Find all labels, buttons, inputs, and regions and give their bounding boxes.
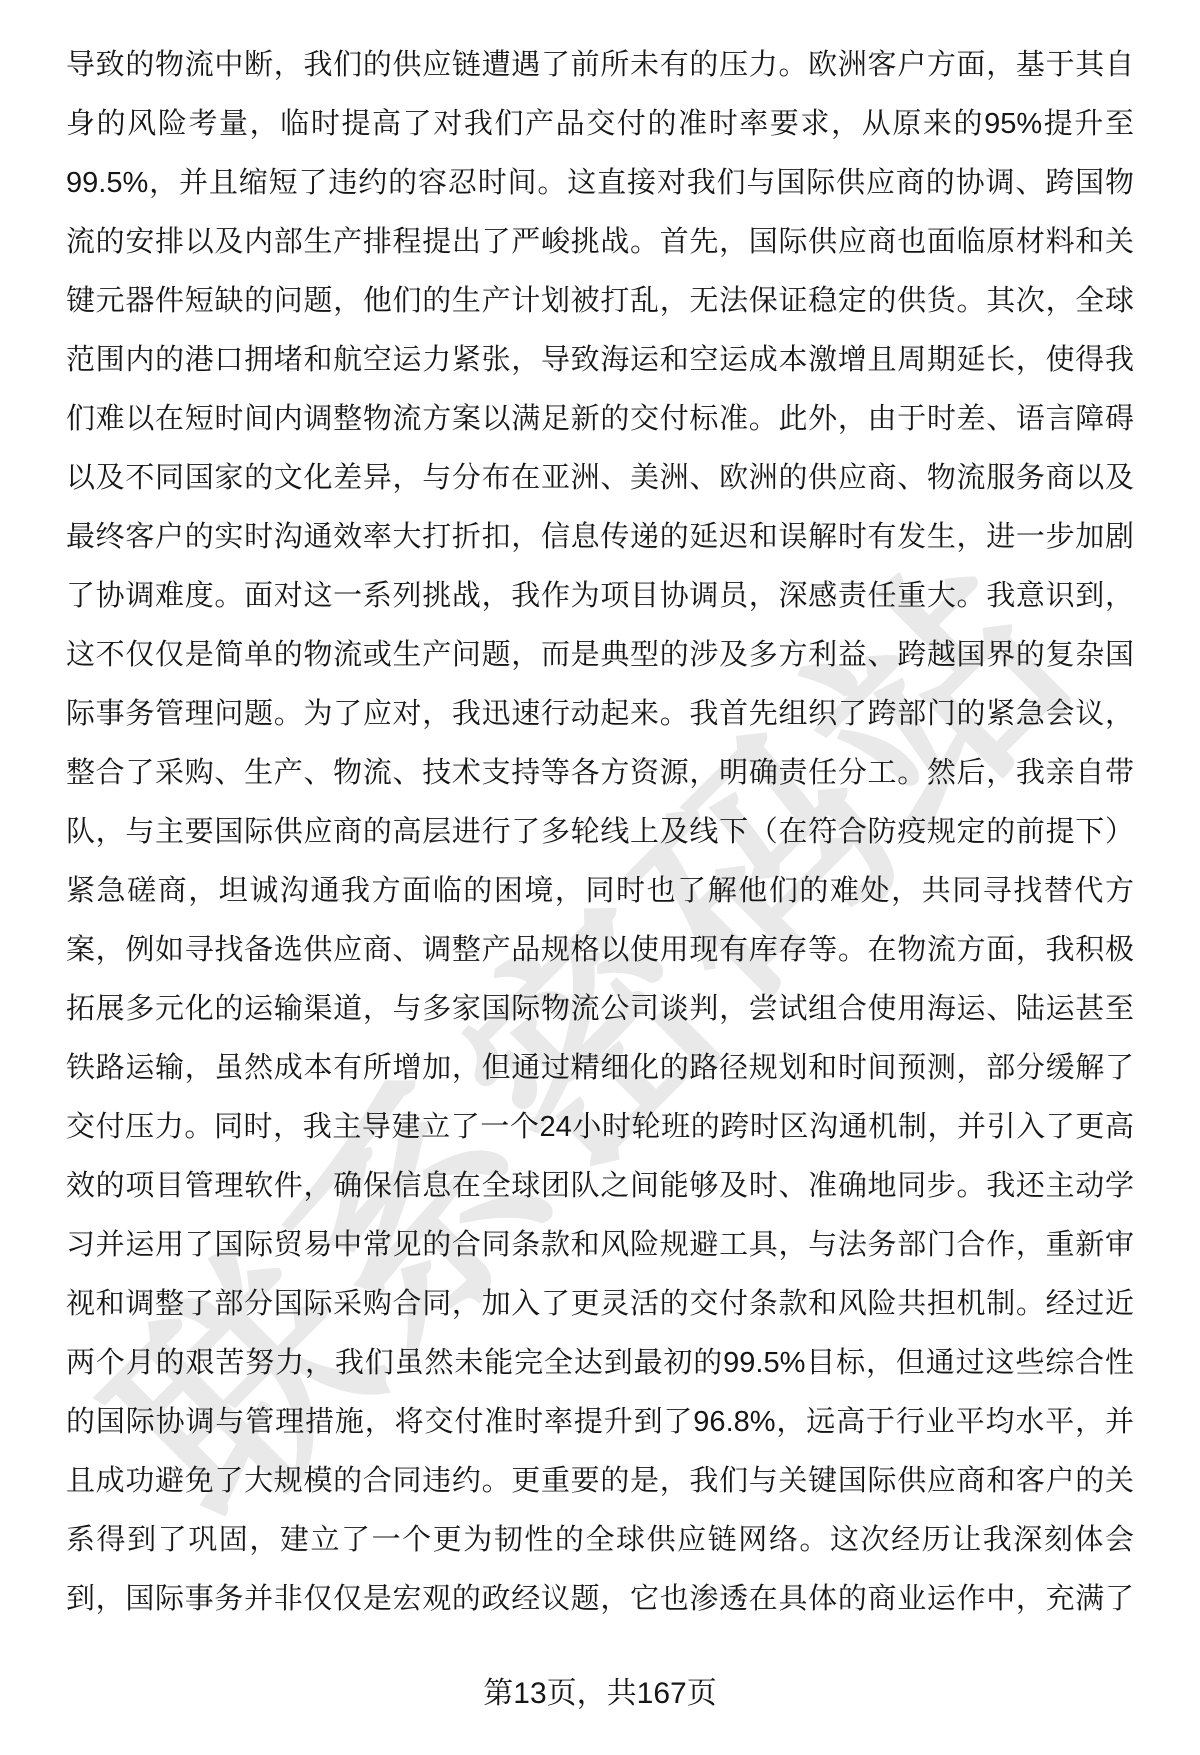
- text-line: 两个月的艰苦努力，我们虽然未能完全达到最初的99.5%目标，但通过这些综合性: [66, 1334, 1134, 1393]
- text-line: 队，与主要国际供应商的高层进行了多轮线上及线下（在符合防疫规定的前提下）: [66, 803, 1134, 862]
- text-line: 范围内的港口拥堵和航空运力紧张，导致海运和空运成本激增且周期延长，使得我: [66, 331, 1134, 390]
- text-line: 最终客户的实时沟通效率大打折扣，信息传递的延迟和误解时有发生，进一步加剧: [66, 508, 1134, 567]
- text-line: 键元器件短缺的问题，他们的生产计划被打乱，无法保证稳定的供货。其次，全球: [66, 272, 1134, 331]
- page-number-footer: 第13页，共167页: [0, 1668, 1200, 1712]
- text-line: 际事务管理问题。为了应对，我迅速行动起来。我首先组织了跨部门的紧急会议，: [66, 685, 1134, 744]
- text-line: 的国际协调与管理措施，将交付准时率提升到了96.8%，远高于行业平均水平，并: [66, 1393, 1134, 1452]
- text-line: 紧急磋商，坦诚沟通我方面临的困境，同时也了解他们的难处，共同寻找替代方: [66, 862, 1134, 921]
- text-line: 整合了采购、生产、物流、技术支持等各方资源，明确责任分工。然后，我亲自带: [66, 744, 1134, 803]
- text-line: 到，国际事务并非仅仅是宏观的政经议题，它也渗透在具体的商业运作中，充满了: [66, 1570, 1134, 1629]
- text-line: 系得到了巩固，建立了一个更为韧性的全球供应链网络。这次经历让我深刻体会: [66, 1511, 1134, 1570]
- text-line: 交付压力。同时，我主导建立了一个24小时轮班的跨时区沟通机制，并引入了更高: [66, 1098, 1134, 1157]
- text-line: 99.5%，并且缩短了违约的容忍时间。这直接对我们与国际供应商的协调、跨国物: [66, 154, 1134, 213]
- text-line: 这不仅仅是简单的物流或生产问题，而是典型的涉及多方利益、跨越国界的复杂国: [66, 626, 1134, 685]
- document-page: 联系密码站 导致的物流中断，我们的供应链遭遇了前所未有的压力。欧洲客户方面，基于…: [0, 0, 1200, 1755]
- text-line: 们难以在短时间内调整物流方案以满足新的交付标准。此外，由于时差、语言障碍: [66, 390, 1134, 449]
- text-line: 案，例如寻找备选供应商、调整产品规格以使用现有库存等。在物流方面，我积极: [66, 921, 1134, 980]
- text-line: 且成功避免了大规模的合同违约。更重要的是，我们与关键国际供应商和客户的关: [66, 1452, 1134, 1511]
- body-text: 导致的物流中断，我们的供应链遭遇了前所未有的压力。欧洲客户方面，基于其自身的风险…: [0, 0, 1200, 1629]
- text-line: 了协调难度。面对这一系列挑战，我作为项目协调员，深感责任重大。我意识到，: [66, 567, 1134, 626]
- text-line: 导致的物流中断，我们的供应链遭遇了前所未有的压力。欧洲客户方面，基于其自: [66, 36, 1134, 95]
- text-line: 习并运用了国际贸易中常见的合同条款和风险规避工具，与法务部门合作，重新审: [66, 1216, 1134, 1275]
- text-line: 以及不同国家的文化差异，与分布在亚洲、美洲、欧洲的供应商、物流服务商以及: [66, 449, 1134, 508]
- text-line: 效的项目管理软件，确保信息在全球团队之间能够及时、准确地同步。我还主动学: [66, 1157, 1134, 1216]
- text-line: 视和调整了部分国际采购合同，加入了更灵活的交付条款和风险共担机制。经过近: [66, 1275, 1134, 1334]
- text-line: 流的安排以及内部生产排程提出了严峻挑战。首先，国际供应商也面临原材料和关: [66, 213, 1134, 272]
- text-line: 拓展多元化的运输渠道，与多家国际物流公司谈判，尝试组合使用海运、陆运甚至: [66, 980, 1134, 1039]
- text-line: 铁路运输，虽然成本有所增加，但通过精细化的路径规划和时间预测，部分缓解了: [66, 1039, 1134, 1098]
- text-line: 身的风险考量，临时提高了对我们产品交付的准时率要求，从原来的95%提升至: [66, 95, 1134, 154]
